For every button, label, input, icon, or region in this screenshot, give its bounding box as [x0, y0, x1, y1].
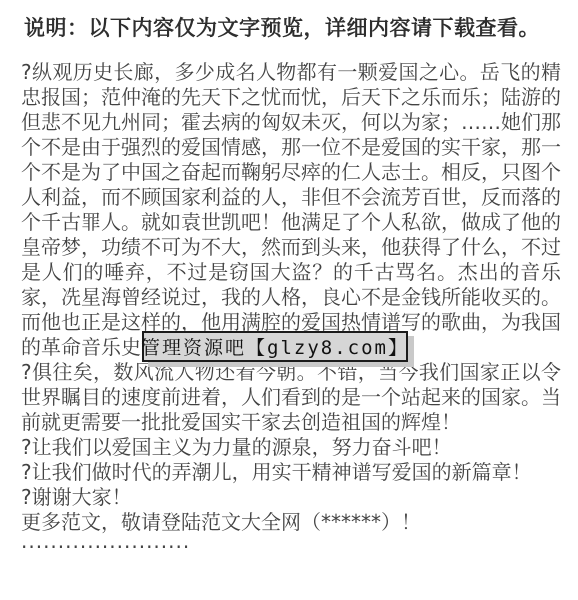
watermark-text: 管理资源吧【glzy8.com】	[141, 333, 409, 360]
document-body: ?纵观历史长廊，多少成名人物都有一颗爱国之心。岳飞的精忠报国；范仲淹的先天下之忧…	[21, 60, 561, 560]
paragraph-slogan-2: ?让我们做时代的弄潮儿，用实干精神谱写爱国的新篇章！	[21, 460, 561, 485]
paragraph-slogan-1: ?让我们以爱国主义为力量的源泉，努力奋斗吧！	[21, 435, 561, 460]
paragraph-essay-body-2: ?俱往矣，数风流人物还看今朝。不错，当今我们国家正以令世界瞩目的速度前进着，人们…	[21, 360, 561, 435]
paragraph-essay-body: ?纵观历史长廊，多少成名人物都有一颗爱国之心。岳飞的精忠报国；范仲淹的先天下之忧…	[21, 60, 561, 360]
preview-notice: 说明：以下内容仅为文字预览，详细内容请下载查看。	[24, 15, 554, 41]
document-preview-page: 说明：以下内容仅为文字预览，详细内容请下载查看。 ?纵观历史长廊，多少成名人物都…	[0, 0, 578, 600]
paragraph-thanks: ?谢谢大家！	[21, 485, 561, 510]
watermark-badge: 管理资源吧【glzy8.com】	[142, 331, 408, 362]
dotted-ellipsis-line: ·······················	[21, 535, 561, 560]
footer-note: 更多范文，敬请登陆范文大全网（******）！	[21, 510, 561, 535]
